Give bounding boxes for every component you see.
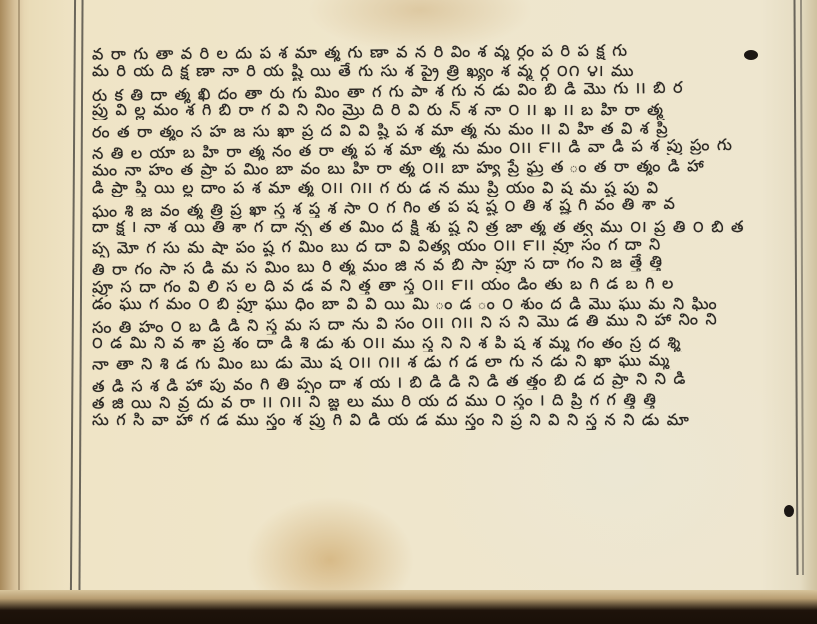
right-margin-rule: [793, 0, 798, 575]
manuscript-page: వ రా గు తా వ రి ల దు ప శ మా త్మ గు ణా వ …: [0, 0, 817, 600]
ink-blot: [744, 50, 758, 60]
page-left-edge: [0, 0, 24, 600]
left-margin-rule: [70, 0, 76, 590]
handwritten-text-block: వ రా గు తా వ రి ల దు ప శ మా త్మ గు ణా వ …: [92, 42, 792, 430]
left-margin-rule-inner: [78, 0, 83, 590]
right-margin-rule-outer: [800, 0, 804, 575]
ink-blot: [784, 505, 794, 517]
text-line: మం నా హం త ప్రా ప మిం బా వం బు హి రా త్మ…: [92, 156, 792, 180]
page-fold-line: [18, 0, 20, 600]
text-line: ప్రూ స దా గం వి లి స ల ది వ డ వ ని త్త త…: [92, 272, 792, 296]
text-line: వ రా గు తా వ రి ల దు ప శ మా త్మ గు ణా వ …: [92, 40, 792, 64]
page-bottom-edge: [0, 590, 817, 624]
text-line: సు గ సి వా హా గ డ ము స్తం శ ప్రు గి వి డ…: [92, 410, 792, 429]
text-line: త జి యి ని వ్ర దు వ రా ౹౹ ౧౹౹ ని జ్జ లు …: [92, 389, 792, 413]
